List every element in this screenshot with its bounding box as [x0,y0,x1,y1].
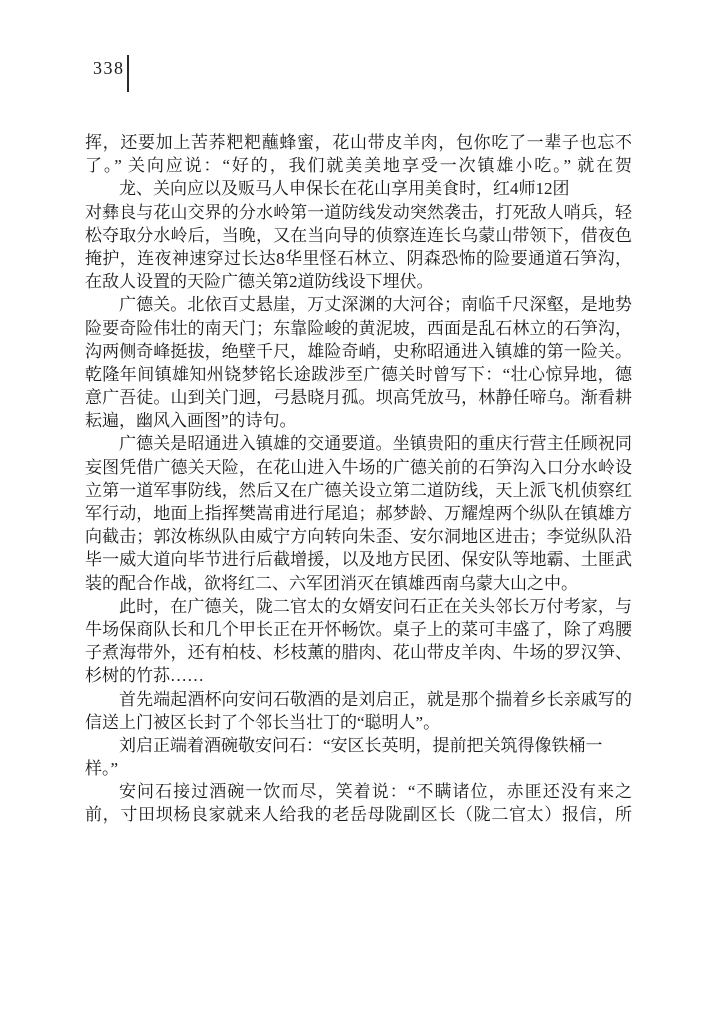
text-line: 子煮海带外，还有柏枝、杉枝薰的腊肉、花山带皮羊肉、牛场的罗汉笋、 [85,641,632,664]
text-line: 险要奇险伟壮的南天门；东靠险峻的黄泥坡，西面是乱石林立的石笋沟， [85,317,632,340]
text-line: 妄图凭借广德关天险，在花山进入牛场的广德关前的石笋沟入口分水岭设 [85,456,632,479]
text-line: 对彝良与花山交界的分水岭第一道防线发动突然袭击，打死敌人哨兵，轻 [85,201,632,224]
text-line: 刘启正端着酒碗敬安问石：“安区长英明，提前把关筑得像铁桶一 [85,734,632,757]
text-line: 装的配合作战，欲将红二、六军团消灭在镇雄西南乌蒙大山之中。 [85,572,632,595]
text-line: 首先端起酒杯向安问石敬酒的是刘启正，就是那个揣着乡长亲戚写的 [85,688,632,711]
text-line: 广德关是昭通进入镇雄的交通要道。坐镇贵阳的重庆行营主任顾祝同 [85,432,632,455]
text-line: 广德关。北依百丈悬崖，万丈深渊的大河谷；南临千尺深壑，是地势 [85,293,632,316]
text-line: 杉树的竹荪…… [85,664,632,687]
text-line: 沟两侧奇峰挺拔，绝壁千尺，雄险奇峭，史称昭通进入镇雄的第一险关。 [85,340,632,363]
page-number-divider [127,55,129,92]
text-line: 前，寸田坝杨良家就来人给我的老岳母陇副区长（陇二官太）报信，所 [85,803,632,826]
text-line: 在敌人设置的天险广德关第2道防线设下埋伏。 [85,270,632,293]
page-number: 338 [93,58,125,79]
text-line: 龙、关向应以及贩马人申保长在花山享用美食时，红4师12团 [85,177,632,200]
text-line: 安问石接过酒碗一饮而尽，笑着说：“不瞒诸位，赤匪还没有来之 [85,780,632,803]
body-text: 挥，还要加上苦荞粑粑蘸蜂蜜，花山带皮羊肉，包你吃了一辈子也忘不了。” 关向应说：… [85,131,632,827]
text-line: 此时，在广德关，陇二官太的女婿安问石正在关头邻长万付考家，与 [85,595,632,618]
text-line: 掩护，连夜神速穿过长达8华里怪石林立、阴森恐怖的险要通道石笋沟， [85,247,632,270]
text-line: 了。” 关向应说：“好的，我们就美美地享受一次镇雄小吃。” 就在贺 [85,154,632,177]
text-line: 松夺取分水岭后，当晚，又在当向导的侦察连连长乌蒙山带领下，借夜色 [85,224,632,247]
text-line: 牛场保商队长和几个甲长正在开怀畅饮。桌子上的菜可丰盛了，除了鸡腰 [85,618,632,641]
book-page: 338 挥，还要加上苦荞粑粑蘸蜂蜜，花山带皮羊肉，包你吃了一辈子也忘不了。” 关… [0,0,715,1010]
text-line: 军行动，地面上指挥樊嵩甫进行尾追；郝梦龄、万耀煌两个纵队在镇雄方 [85,502,632,525]
text-line: 挥，还要加上苦荞粑粑蘸蜂蜜，花山带皮羊肉，包你吃了一辈子也忘不 [85,131,632,154]
text-line: 向截击；郭汝栋纵队由威宁方向转向朱歪、安尔洞地区进击；李觉纵队沿 [85,525,632,548]
text-line: 意广吾徒。山到关门迥，弓悬晓月孤。坝高凭放马，林静任啼乌。渐看耕 [85,386,632,409]
text-line: 样。” [85,757,632,780]
text-line: 毕一威大道向毕节进行后截增援，以及地方民团、保安队等地霸、土匪武 [85,548,632,571]
text-line: 耘遍，幽风入画图”的诗句。 [85,409,632,432]
text-line: 信送上门被区长封了个邻长当壮丁的“聪明人”。 [85,711,632,734]
text-line: 立第一道军事防线，然后又在广德关设立第二道防线，天上派飞机侦察红 [85,479,632,502]
text-line: 乾隆年间镇雄知州铙梦铭长途跋涉至广德关时曾写下：“壮心惊异地，德 [85,363,632,386]
